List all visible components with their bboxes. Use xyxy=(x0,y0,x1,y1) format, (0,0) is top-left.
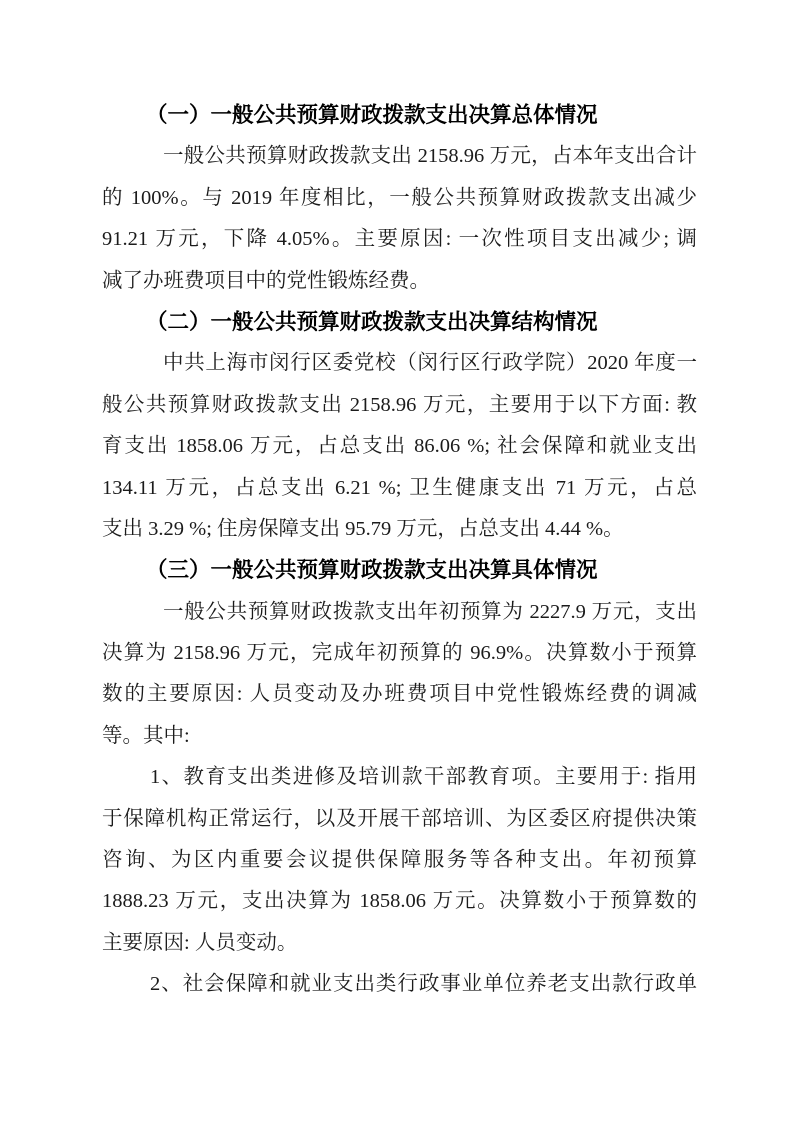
section-heading: （一）一般公共预算财政拨款支出决算总体情况 xyxy=(102,95,697,136)
text-line: 1、教育支出类进修及培训款干部教育项。主要用于: 指用 xyxy=(102,757,697,798)
section-heading: （二）一般公共预算财政拨款支出决算结构情况 xyxy=(102,302,697,343)
text-line: （三）一般公共预算财政拨款支出决算具体情况 xyxy=(102,550,697,591)
text-line: 一般公共预算财政拨款支出年初预算为 2227.9 万元，支出 xyxy=(102,592,697,633)
text-line: （二）一般公共预算财政拨款支出决算结构情况 xyxy=(102,302,697,343)
paragraph: 1、教育支出类进修及培训款干部教育项。主要用于: 指用于保障机构正常运行，以及开… xyxy=(102,757,697,964)
paragraph: 2、社会保障和就业支出类行政事业单位养老支出款行政单 xyxy=(102,964,697,1005)
text-line: 数的主要原因: 人员变动及办班费项目中党性锻炼经费的调减 xyxy=(102,674,697,715)
text-line: 中共上海市闵行区委党校（闵行区行政学院）2020 年度一 xyxy=(102,343,697,384)
text-line: 一般公共预算财政拨款支出 2158.96 万元，占本年支出合计 xyxy=(102,136,697,177)
paragraph: 中共上海市闵行区委党校（闵行区行政学院）2020 年度一般公共预算财政拨款支出 … xyxy=(102,343,697,550)
text-line: 134.11 万元，占总支出 6.21 %; 卫生健康支出 71 万元，占总 xyxy=(102,468,697,509)
text-line: （一）一般公共预算财政拨款支出决算总体情况 xyxy=(102,95,697,136)
text-line: 减了办班费项目中的党性锻炼经费。 xyxy=(102,261,697,302)
section-heading: （三）一般公共预算财政拨款支出决算具体情况 xyxy=(102,550,697,591)
document-page: （一）一般公共预算财政拨款支出决算总体情况一般公共预算财政拨款支出 2158.9… xyxy=(0,0,793,1122)
document-content: （一）一般公共预算财政拨款支出决算总体情况一般公共预算财政拨款支出 2158.9… xyxy=(102,95,697,1006)
text-line: 决算为 2158.96 万元，完成年初预算的 96.9%。决算数小于预算 xyxy=(102,633,697,674)
text-line: 般公共预算财政拨款支出 2158.96 万元，主要用于以下方面: 教 xyxy=(102,385,697,426)
text-line: 91.21 万元，下降 4.05%。主要原因: 一次性项目支出减少; 调 xyxy=(102,219,697,260)
text-line: 育支出 1858.06 万元，占总支出 86.06 %; 社会保障和就业支出 xyxy=(102,426,697,467)
text-line: 1888.23 万元，支出决算为 1858.06 万元。决算数小于预算数的 xyxy=(102,881,697,922)
text-line: 支出 3.29 %; 住房保障支出 95.79 万元，占总支出 4.44 %。 xyxy=(102,509,697,550)
paragraph: 一般公共预算财政拨款支出年初预算为 2227.9 万元，支出决算为 2158.9… xyxy=(102,592,697,758)
text-line: 主要原因: 人员变动。 xyxy=(102,923,697,964)
text-line: 的 100%。与 2019 年度相比，一般公共预算财政拨款支出减少 xyxy=(102,178,697,219)
paragraph: 一般公共预算财政拨款支出 2158.96 万元，占本年支出合计的 100%。与 … xyxy=(102,136,697,302)
text-line: 于保障机构正常运行，以及开展干部培训、为区委区府提供决策 xyxy=(102,799,697,840)
text-line: 咨询、为区内重要会议提供保障服务等各种支出。年初预算 xyxy=(102,840,697,881)
text-line: 等。其中: xyxy=(102,716,697,757)
text-line: 2、社会保障和就业支出类行政事业单位养老支出款行政单 xyxy=(102,964,697,1005)
